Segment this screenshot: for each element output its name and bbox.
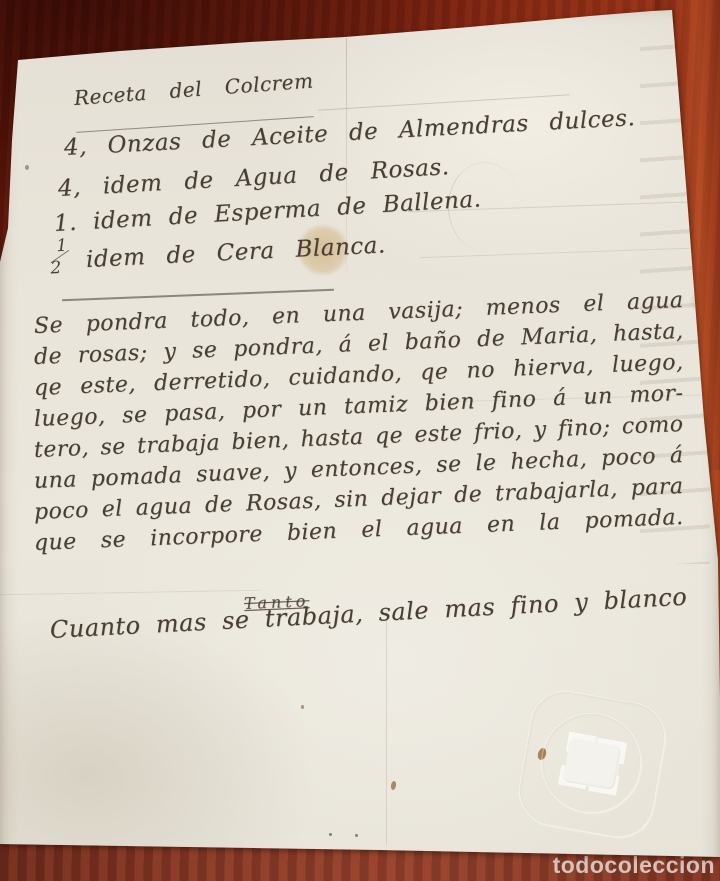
foxing-spot: [25, 165, 29, 170]
manuscript-paper: Receta del Colcrem 4, Onzas de Aceite de…: [0, 0, 720, 881]
fraction-denominator: 2: [50, 258, 62, 279]
crease-line: [0, 590, 260, 596]
recipe-title: Receta del Colcrem: [73, 68, 314, 110]
one-half-fraction: 1 2: [47, 237, 75, 280]
separator-rule: [62, 289, 334, 301]
foxing-spot: [390, 781, 396, 791]
foxing-spot: [301, 705, 304, 709]
embossed-seal: [513, 685, 671, 843]
photo-of-manuscript: todocoleccion Rece: [0, 0, 720, 881]
crease-line: [318, 94, 570, 110]
ingredient-line: 4, Onzas de Aceite de Almendras dulces.: [63, 105, 636, 161]
foxing-spot: [329, 833, 332, 836]
paper-sheet-wrap: Receta del Colcrem 4, Onzas de Aceite de…: [0, 0, 720, 881]
foxing-spot: [355, 834, 358, 837]
seal-center-motif: [563, 738, 622, 790]
edge-stain: [690, 288, 710, 314]
vertical-fold-crease-bottom: [386, 610, 387, 845]
